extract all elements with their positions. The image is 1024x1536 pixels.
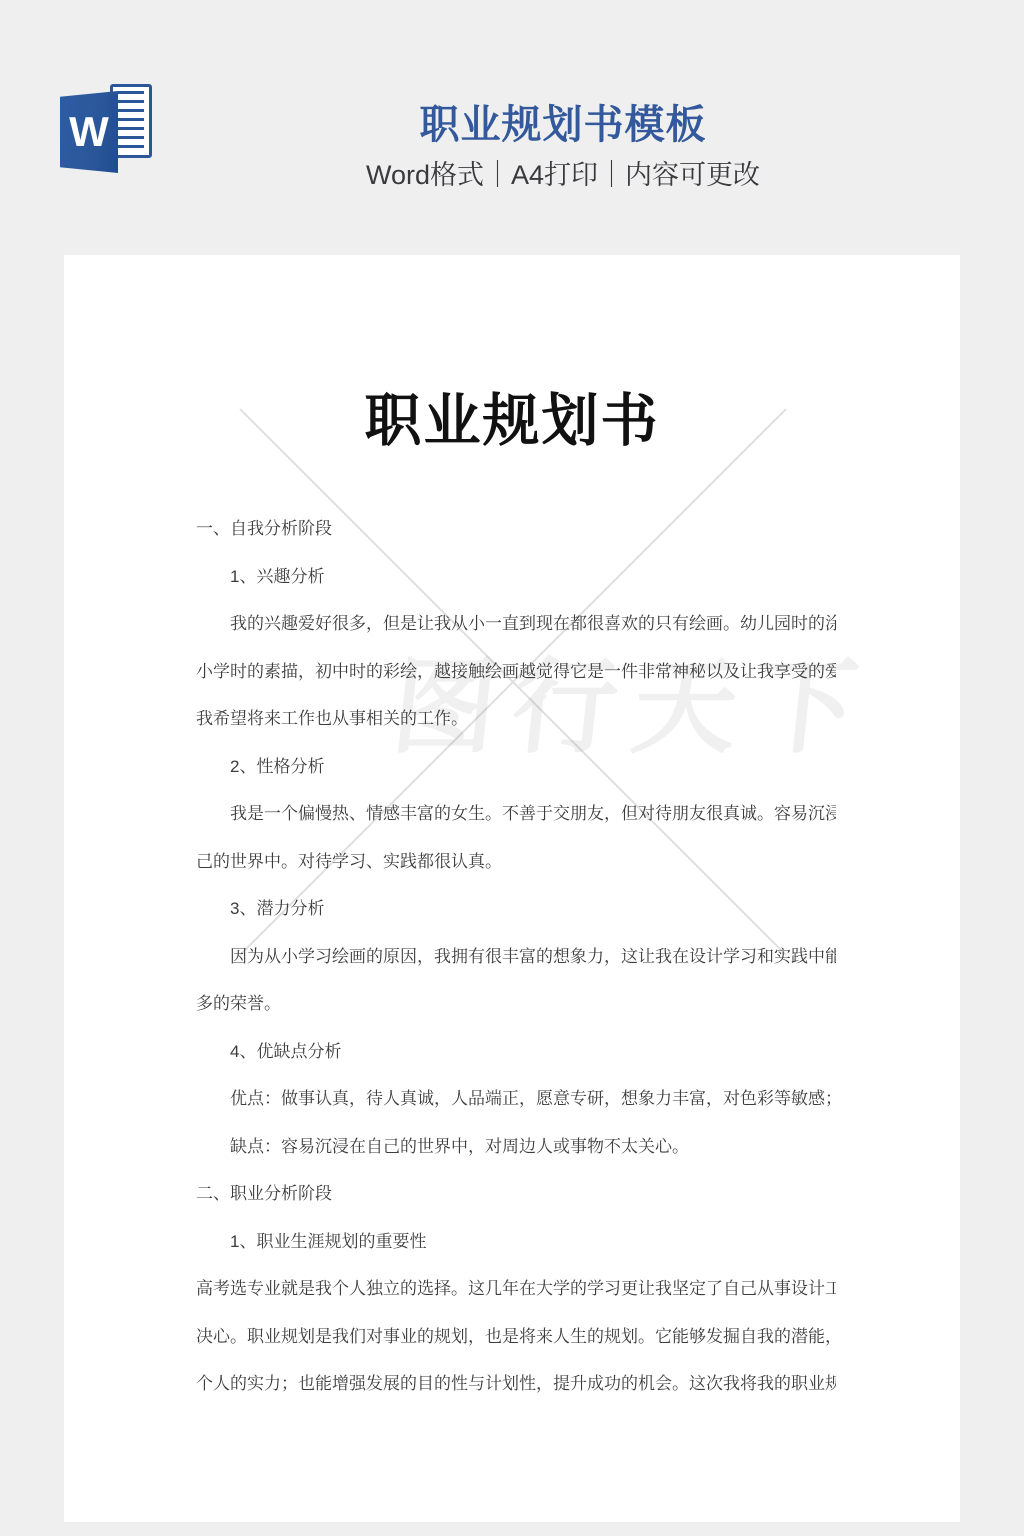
document-line: 4、优缺点分析 <box>196 1028 836 1076</box>
document-title: 职业规划书 <box>64 375 960 457</box>
document-line: 我的兴趣爱好很多，但是让我从小一直到现在都很喜欢的只有绘画。幼儿园时的涂鸦， <box>196 600 836 648</box>
document-line: 3、潜力分析 <box>196 885 836 933</box>
document-line: 小学时的素描，初中时的彩绘，越接触绘画越觉得它是一件非常神秘以及让我享受的爱好。 <box>196 648 836 696</box>
page-background: W 职业规划书模板 Word格式｜A4打印｜内容可更改 图行天下 职业规划书 一… <box>0 0 1024 1536</box>
document-line: 多的荣誉。 <box>196 980 836 1028</box>
document-page: 图行天下 职业规划书 一、自我分析阶段1、兴趣分析我的兴趣爱好很多，但是让我从小… <box>64 255 960 1522</box>
document-line: 2、性格分析 <box>196 743 836 791</box>
document-line: 一、自我分析阶段 <box>196 505 836 553</box>
word-letter: W <box>69 111 109 153</box>
document-line: 高考选专业就是我个人独立的选择。这几年在大学的学习更让我坚定了自己从事设计工作的 <box>196 1265 836 1313</box>
document-line: 己的世界中。对待学习、实践都很认真。 <box>196 838 836 886</box>
header-title: 职业规划书模板 <box>420 93 707 150</box>
word-icon: W <box>60 82 156 174</box>
document-line: 缺点：容易沉浸在自己的世界中，对周边人或事物不太关心。 <box>196 1123 836 1171</box>
document-line: 因为从小学习绘画的原因，我拥有很丰富的想象力，这让我在设计学习和实践中能够更 <box>196 933 836 981</box>
document-body: 一、自我分析阶段1、兴趣分析我的兴趣爱好很多，但是让我从小一直到现在都很喜欢的只… <box>196 505 836 1408</box>
document-line: 我希望将来工作也从事相关的工作。 <box>196 695 836 743</box>
document-line: 优点：做事认真，待人真诚，人品端正，愿意专研，想象力丰富，对色彩等敏感； <box>196 1075 836 1123</box>
document-line: 二、职业分析阶段 <box>196 1170 836 1218</box>
header-subtitle: Word格式｜A4打印｜内容可更改 <box>366 153 760 192</box>
document-line: 个人的实力；也能增强发展的目的性与计划性，提升成功的机会。这次我将我的职业规划设 <box>196 1360 836 1408</box>
word-cover-icon: W <box>60 91 118 173</box>
document-line: 1、兴趣分析 <box>196 553 836 601</box>
document-line: 我是一个偏慢热、情感丰富的女生。不善于交朋友，但对待朋友很真诚。容易沉浸于自 <box>196 790 836 838</box>
document-line: 决心。职业规划是我们对事业的规划，也是将来人生的规划。它能够发掘自我的潜能，增强 <box>196 1313 836 1361</box>
header: W 职业规划书模板 Word格式｜A4打印｜内容可更改 <box>0 0 1024 255</box>
document-line: 1、职业生涯规划的重要性 <box>196 1218 836 1266</box>
